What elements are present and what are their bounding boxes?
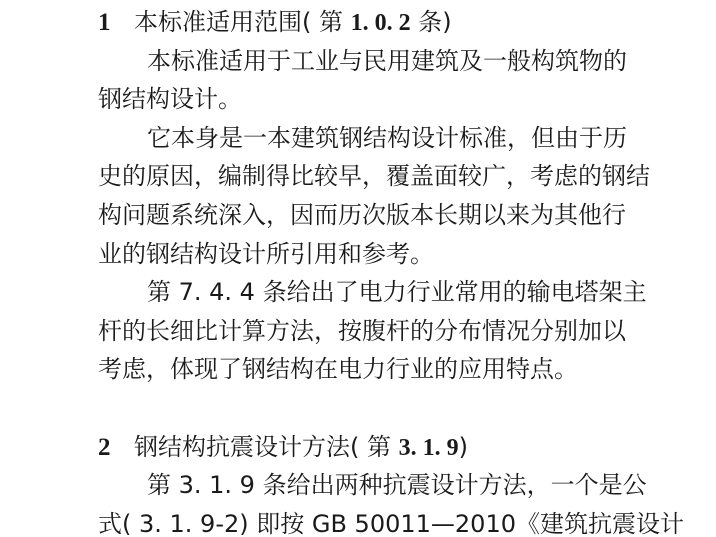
paragraph-line: 业的钢结构设计所引用和参考。	[98, 235, 612, 274]
document-page: 1本标准适用范围( 第 1. 0. 2 条) 本标准适用于工业与民用建筑及一般构…	[98, 3, 612, 537]
paragraph-line: 杆的长细比计算方法，按腹杆的分布情况分别加以	[98, 312, 612, 351]
section-2-heading: 2钢结构抗震设计方法( 第 3. 1. 9)	[98, 428, 612, 467]
section-title: 本标准适用范围( 第	[134, 8, 351, 36]
paragraph-line: 它本身是一本建筑钢结构设计标准，但由于历	[98, 119, 612, 158]
paragraph-line: 考虑，体现了钢结构在电力行业的应用特点。	[98, 350, 612, 389]
section-1-heading: 1本标准适用范围( 第 1. 0. 2 条)	[98, 3, 612, 42]
paragraph-line: 第 3. 1. 9 条给出两种抗震设计方法，一个是公	[98, 466, 612, 505]
paragraph-line: 史的原因，编制得比较早，覆盖面较广，考虑的钢结	[98, 157, 612, 196]
clause-reference: 3. 1. 9	[399, 435, 459, 461]
section-number: 2	[98, 429, 134, 468]
section-title-suffix: 条)	[411, 8, 452, 36]
paragraph-line: 钢结构设计。	[98, 80, 612, 119]
section-spacer	[98, 389, 612, 428]
paragraph-line: 本标准适用于工业与民用建筑及一般构筑物的	[98, 42, 612, 81]
paragraph-line: 第 7. 4. 4 条给出了电力行业常用的输电塔架主	[98, 273, 612, 312]
section-number: 1	[98, 4, 134, 43]
paragraph-line: 式( 3. 1. 9-2) 即按 GB 50011—2010《建筑抗震设计	[98, 505, 612, 537]
paragraph-line: 构问题系统深入，因而历次版本长期以来为其他行	[98, 196, 612, 235]
section-title: 钢结构抗震设计方法( 第	[134, 433, 399, 461]
clause-reference: 1. 0. 2	[351, 10, 411, 36]
section-title-suffix: )	[459, 433, 468, 461]
